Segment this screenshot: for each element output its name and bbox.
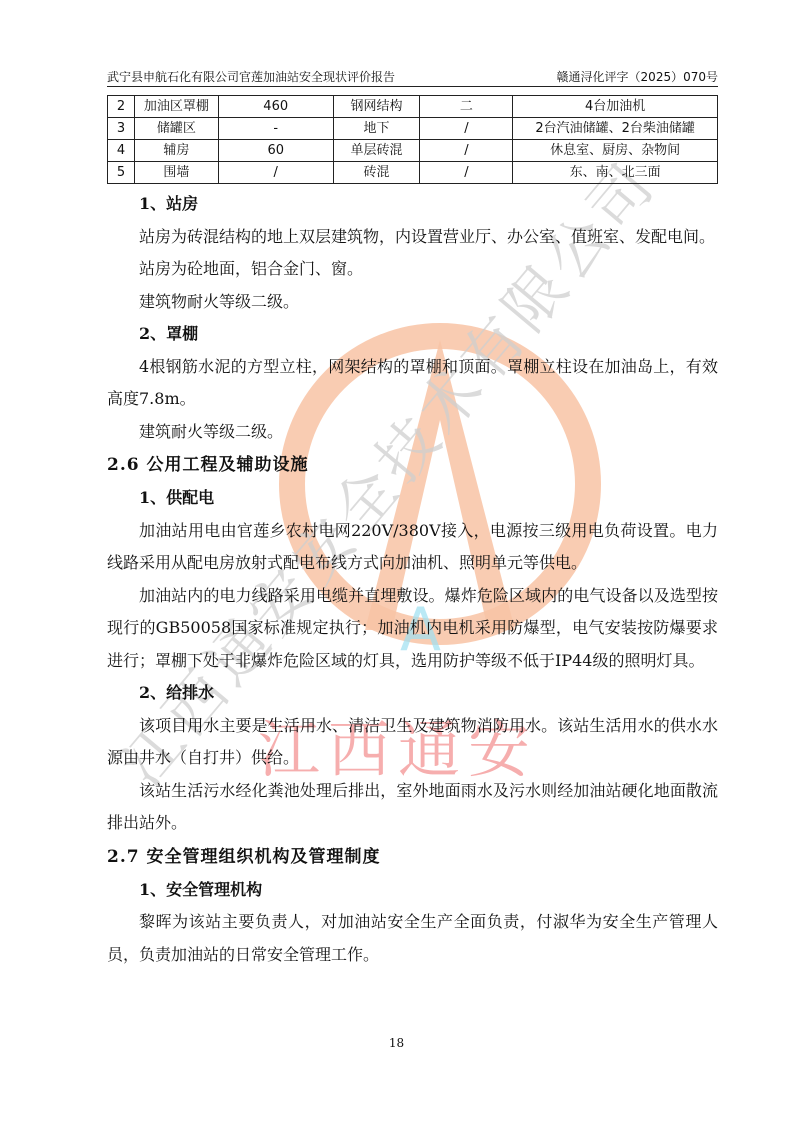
paragraph: 加油站用电由官莲乡农村电网220V/380V接入，电源按三级用电负荷设置。电力线… <box>107 515 718 580</box>
cell-fire-rating: / <box>420 162 513 184</box>
cell-remark: 4台加油机 <box>513 96 718 118</box>
paragraph: 建筑耐火等级二级。 <box>107 416 718 449</box>
paragraph: 加油站内的电力线路采用电缆并直埋敷设。爆炸危险区域内的电气设备以及选型按现行的G… <box>107 580 718 678</box>
cell-area: - <box>218 118 333 140</box>
table-row: 4 辅房 60 单层砖混 / 休息室、厨房、杂物间 <box>108 140 718 162</box>
cell-area: 460 <box>218 96 333 118</box>
paragraph: 该站生活污水经化粪池处理后排出，室外地面雨水及污水则经加油站硬化地面散流排出站外… <box>107 775 718 840</box>
cell-remark: 2台汽油储罐、2台柴油储罐 <box>513 118 718 140</box>
report-title: 武宁县申航石化有限公司官莲加油站安全现状评价报告 <box>107 68 395 86</box>
cell-index: 3 <box>108 118 135 140</box>
paragraph: 站房为砼地面，铝合金门、窗。 <box>107 253 718 286</box>
table-row: 5 围墙 / 砖混 / 东、南、北三面 <box>108 162 718 184</box>
heading-safety-org: 1、安全管理机构 <box>107 874 718 907</box>
cell-remark: 东、南、北三面 <box>513 162 718 184</box>
section-heading-2-7: 2.7 安全管理组织机构及管理制度 <box>107 840 718 874</box>
cell-structure: 砖混 <box>333 162 420 184</box>
document-body: 1、站房 站房为砖混结构的地上双层建筑物，内设置营业厅、办公室、值班室、发配电间… <box>107 188 718 971</box>
cell-name: 加油区罩棚 <box>134 96 218 118</box>
building-table: 2 加油区罩棚 460 钢网结构 二 4台加油机 3 储罐区 - 地下 / 2台… <box>107 95 718 184</box>
heading-power-supply: 1、供配电 <box>107 482 718 515</box>
table-row: 2 加油区罩棚 460 钢网结构 二 4台加油机 <box>108 96 718 118</box>
cell-fire-rating: / <box>420 118 513 140</box>
cell-index: 4 <box>108 140 135 162</box>
cell-index: 2 <box>108 96 135 118</box>
paragraph: 黎晖为该站主要负责人，对加油站安全生产全面负责，付淑华为安全生产管理人员，负责加… <box>107 906 718 971</box>
cell-area: 60 <box>218 140 333 162</box>
cell-fire-rating: / <box>420 140 513 162</box>
cell-structure: 钢网结构 <box>333 96 420 118</box>
cell-index: 5 <box>108 162 135 184</box>
cell-area: / <box>218 162 333 184</box>
section-heading-2-6: 2.6 公用工程及辅助设施 <box>107 448 718 482</box>
paragraph: 建筑物耐火等级二级。 <box>107 286 718 319</box>
paragraph: 该项目用水主要是生活用水、清洁卫生及建筑物消防用水。该站生活用水的供水水源由井水… <box>107 710 718 775</box>
paragraph: 4根钢筋水泥的方型立柱，网架结构的罩棚和顶面。罩棚立柱设在加油岛上，有效高度7.… <box>107 351 718 416</box>
heading-station-house: 1、站房 <box>107 188 718 221</box>
cell-name: 围墙 <box>134 162 218 184</box>
cell-fire-rating: 二 <box>420 96 513 118</box>
heading-water: 2、给排水 <box>107 677 718 710</box>
cell-structure: 单层砖混 <box>333 140 420 162</box>
doc-number: 赣通浔化评字（2025）070号 <box>557 68 718 86</box>
cell-remark: 休息室、厨房、杂物间 <box>513 140 718 162</box>
page-header: 武宁县申航石化有限公司官莲加油站安全现状评价报告 赣通浔化评字（2025）070… <box>107 68 718 87</box>
page-number: 18 <box>0 1036 793 1050</box>
table-row: 3 储罐区 - 地下 / 2台汽油储罐、2台柴油储罐 <box>108 118 718 140</box>
cell-name: 辅房 <box>134 140 218 162</box>
cell-name: 储罐区 <box>134 118 218 140</box>
heading-canopy: 2、罩棚 <box>107 318 718 351</box>
paragraph: 站房为砖混结构的地上双层建筑物，内设置营业厅、办公室、值班室、发配电间。 <box>107 221 718 254</box>
cell-structure: 地下 <box>333 118 420 140</box>
